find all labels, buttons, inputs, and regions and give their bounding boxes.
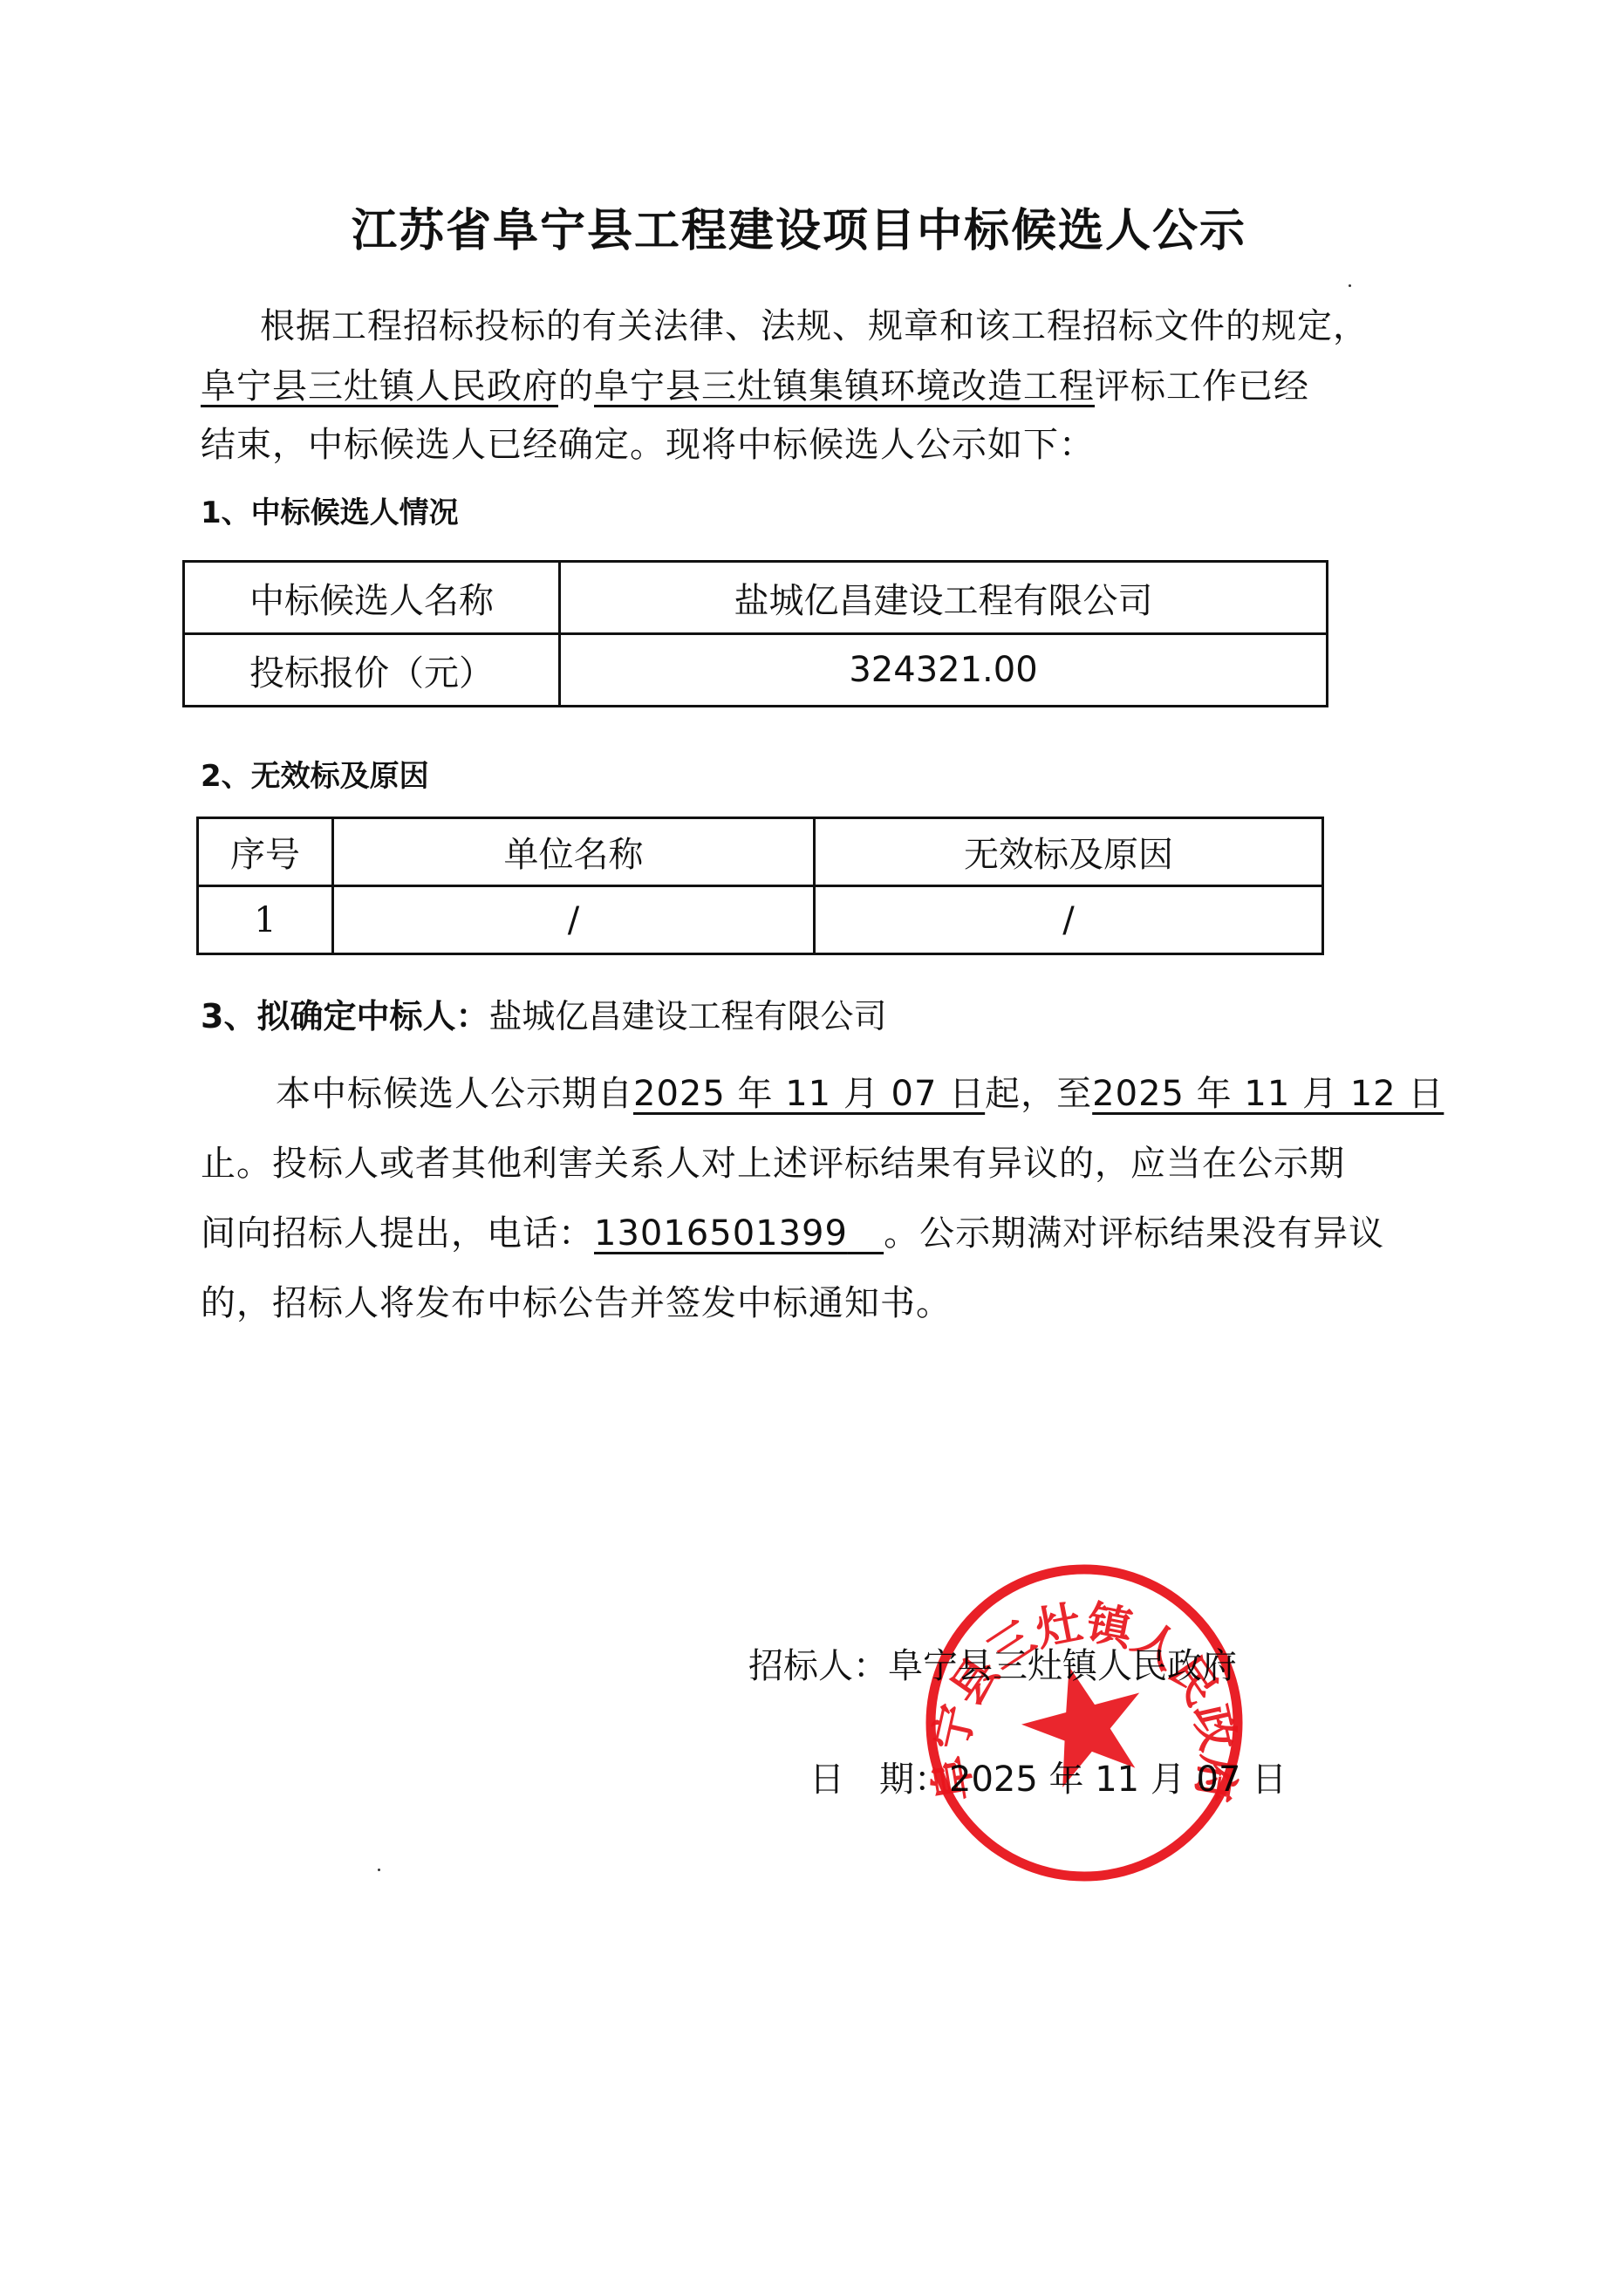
official-seal-icon: 阜宁县三灶镇人民政府 — [923, 1561, 1246, 1884]
table-row: 1 / / — [198, 886, 1323, 954]
header-serial-number: 序号 — [198, 818, 333, 886]
scan-speck — [378, 1869, 380, 1871]
proposed-winner-label: 3、拟确定中标人： — [201, 997, 488, 1035]
notice-line-4: 的，招标人将发布中标公告并签发中标通知书。 — [201, 1286, 952, 1321]
document-title: 江苏省阜宁县工程建设项目中标候选人公示 — [0, 194, 1598, 259]
notice-phone-number: 13016501399 — [594, 1213, 848, 1254]
invalid-bids-table: 序号 单位名称 无效标及原因 1 / / — [196, 817, 1324, 955]
candidate-name-row: 中标候选人名称 盐城亿昌建设工程有限公司 — [184, 562, 1328, 634]
notice-mid: 起，至 — [985, 1074, 1092, 1114]
candidate-table: 中标候选人名称 盐城亿昌建设工程有限公司 投标报价（元） 324321.00 — [182, 560, 1328, 707]
tenderer-name-underlined: 阜宁县三灶镇人民政府 — [201, 366, 558, 407]
intro-line-2: 阜宁县三灶镇人民政府的阜宁县三灶镇集镇环境改造工程评标工作已经 — [201, 369, 1309, 404]
section-3-heading: 3、拟确定中标人：盐城亿昌建设工程有限公司 — [201, 989, 886, 1037]
notice-line-2: 止。投标人或者其他利害关系人对上述评标结果有异议的，应当在公示期 — [201, 1146, 1345, 1181]
section-1-heading: 1、中标候选人情况 — [201, 489, 459, 531]
project-name-underlined: 阜宁县三灶镇集镇环境改造工程 — [594, 366, 1095, 407]
scan-speck — [1349, 284, 1351, 287]
notice-line-3: 间向招标人提出，电话：13016501399 。公示期满对评标结果没有异议 — [201, 1216, 1384, 1251]
notice-phone-label: 间向招标人提出，电话： — [201, 1213, 594, 1254]
bid-price-label: 投标报价（元） — [184, 634, 560, 707]
intro-line-2-tail: 评标工作已经 — [1095, 366, 1309, 407]
notice-line-1: 本中标候选人公示期自2025 年 11 月 07 日起，至2025 年 11 月… — [276, 1076, 1444, 1111]
invalid-reason-cell: / — [815, 886, 1323, 954]
candidate-name-value: 盐城亿昌建设工程有限公司 — [560, 562, 1328, 634]
section-2-heading: 2、无效标及原因 — [201, 752, 429, 795]
invalid-bids-header-row: 序号 单位名称 无效标及原因 — [198, 818, 1323, 886]
star-icon — [1010, 1650, 1158, 1794]
bid-price-row: 投标报价（元） 324321.00 — [184, 634, 1328, 707]
header-unit-name: 单位名称 — [333, 818, 815, 886]
notice-end-date: 2025 年 11 月 12 日 — [1092, 1074, 1444, 1114]
candidate-name-label: 中标候选人名称 — [184, 562, 560, 634]
proposed-winner-name: 盐城亿昌建设工程有限公司 — [488, 997, 886, 1035]
notice-start-date: 2025 年 11 月 07 日 — [633, 1074, 985, 1114]
bid-price-value: 324321.00 — [560, 634, 1328, 707]
serial-number-cell: 1 — [198, 886, 333, 954]
header-invalid-reason: 无效标及原因 — [815, 818, 1323, 886]
unit-name-cell: / — [333, 886, 815, 954]
intro-connector: 的 — [558, 366, 594, 407]
notice-line-3-suffix: 。公示期满对评标结果没有异议 — [884, 1213, 1384, 1254]
intro-line-3: 结束，中标候选人已经确定。现将中标候选人公示如下： — [201, 427, 1095, 462]
tenderer-label: 招标人： — [748, 1646, 888, 1686]
notice-prefix: 本中标候选人公示期自 — [276, 1074, 633, 1114]
intro-line-1: 根据工程招标投标的有关法律、法规、规章和该工程招标文件的规定， — [260, 309, 1369, 344]
